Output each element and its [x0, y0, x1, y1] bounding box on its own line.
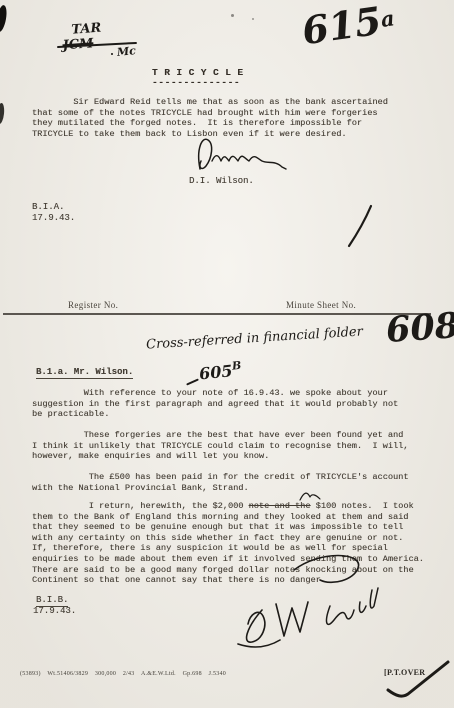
para4-struck-text: note and the: [249, 501, 311, 511]
minute2-date: 17.9.43.: [33, 606, 76, 617]
folio-608: 608: [385, 305, 454, 351]
folio-615: 615: [299, 0, 384, 53]
cross-reference-note: Cross-referred in financial folder: [146, 324, 364, 352]
initials-suffix: Mc: [116, 44, 136, 59]
minute1-signatory-name: D.I. Wilson.: [189, 176, 254, 187]
paper-speck: [231, 14, 234, 17]
scanned-minute-sheet: TAR JCM Mc 615a T R I C Y C L E --------…: [0, 0, 454, 708]
printer-imprint: (53893) Wt.51406/3829 300,000 2/43 A.&E.…: [20, 671, 226, 677]
para4-text-before-strike: I return, herewith, the $2,000: [32, 501, 249, 511]
minute-sheet-no-label: Minute Sheet No.: [286, 300, 356, 310]
title-underline: --------------: [152, 78, 240, 89]
addressee-text: B.1.a. Mr. Wilson.: [36, 367, 133, 379]
minute1-date: 17.9.43.: [32, 213, 75, 224]
pen-slash-mark: [347, 204, 373, 248]
minute2-paragraph-3: The £500 has been paid in for the credit…: [32, 472, 436, 493]
pen-tick-mark: [382, 658, 454, 700]
folio-615-suffix: a: [379, 5, 396, 32]
folio-number-615a: 615a: [300, 0, 397, 50]
pen-dash: [186, 378, 199, 385]
paper-speck: [252, 18, 254, 20]
minute1-section-ref: B.I.A.: [32, 202, 64, 213]
initials-top: TAR: [61, 21, 102, 39]
scan-edge-mark: [0, 4, 8, 32]
minute2-paragraph-1: With reference to your note of 16.9.43. …: [32, 388, 436, 420]
pen-caret-mark: [298, 490, 322, 502]
minute2-addressee: B.1.a. Mr. Wilson.: [36, 367, 133, 379]
folio-605: 605: [198, 361, 233, 383]
folio-605-suffix: B: [231, 359, 242, 373]
form-rule: [3, 313, 431, 315]
register-no-label: Register No.: [68, 300, 118, 310]
handwritten-routing-initials: TAR JCM: [61, 21, 103, 54]
minute2-paragraph-2: These forgeries are the best that have e…: [32, 430, 436, 462]
folio-number-605b: 605B: [198, 360, 242, 383]
folio-number-608b: 608B: [385, 307, 454, 348]
pen-dot: [111, 53, 113, 55]
wilson-signature-scrawl: [192, 131, 288, 179]
reid-signature-scrawl: [236, 548, 400, 650]
scan-edge-mark: [0, 103, 5, 125]
